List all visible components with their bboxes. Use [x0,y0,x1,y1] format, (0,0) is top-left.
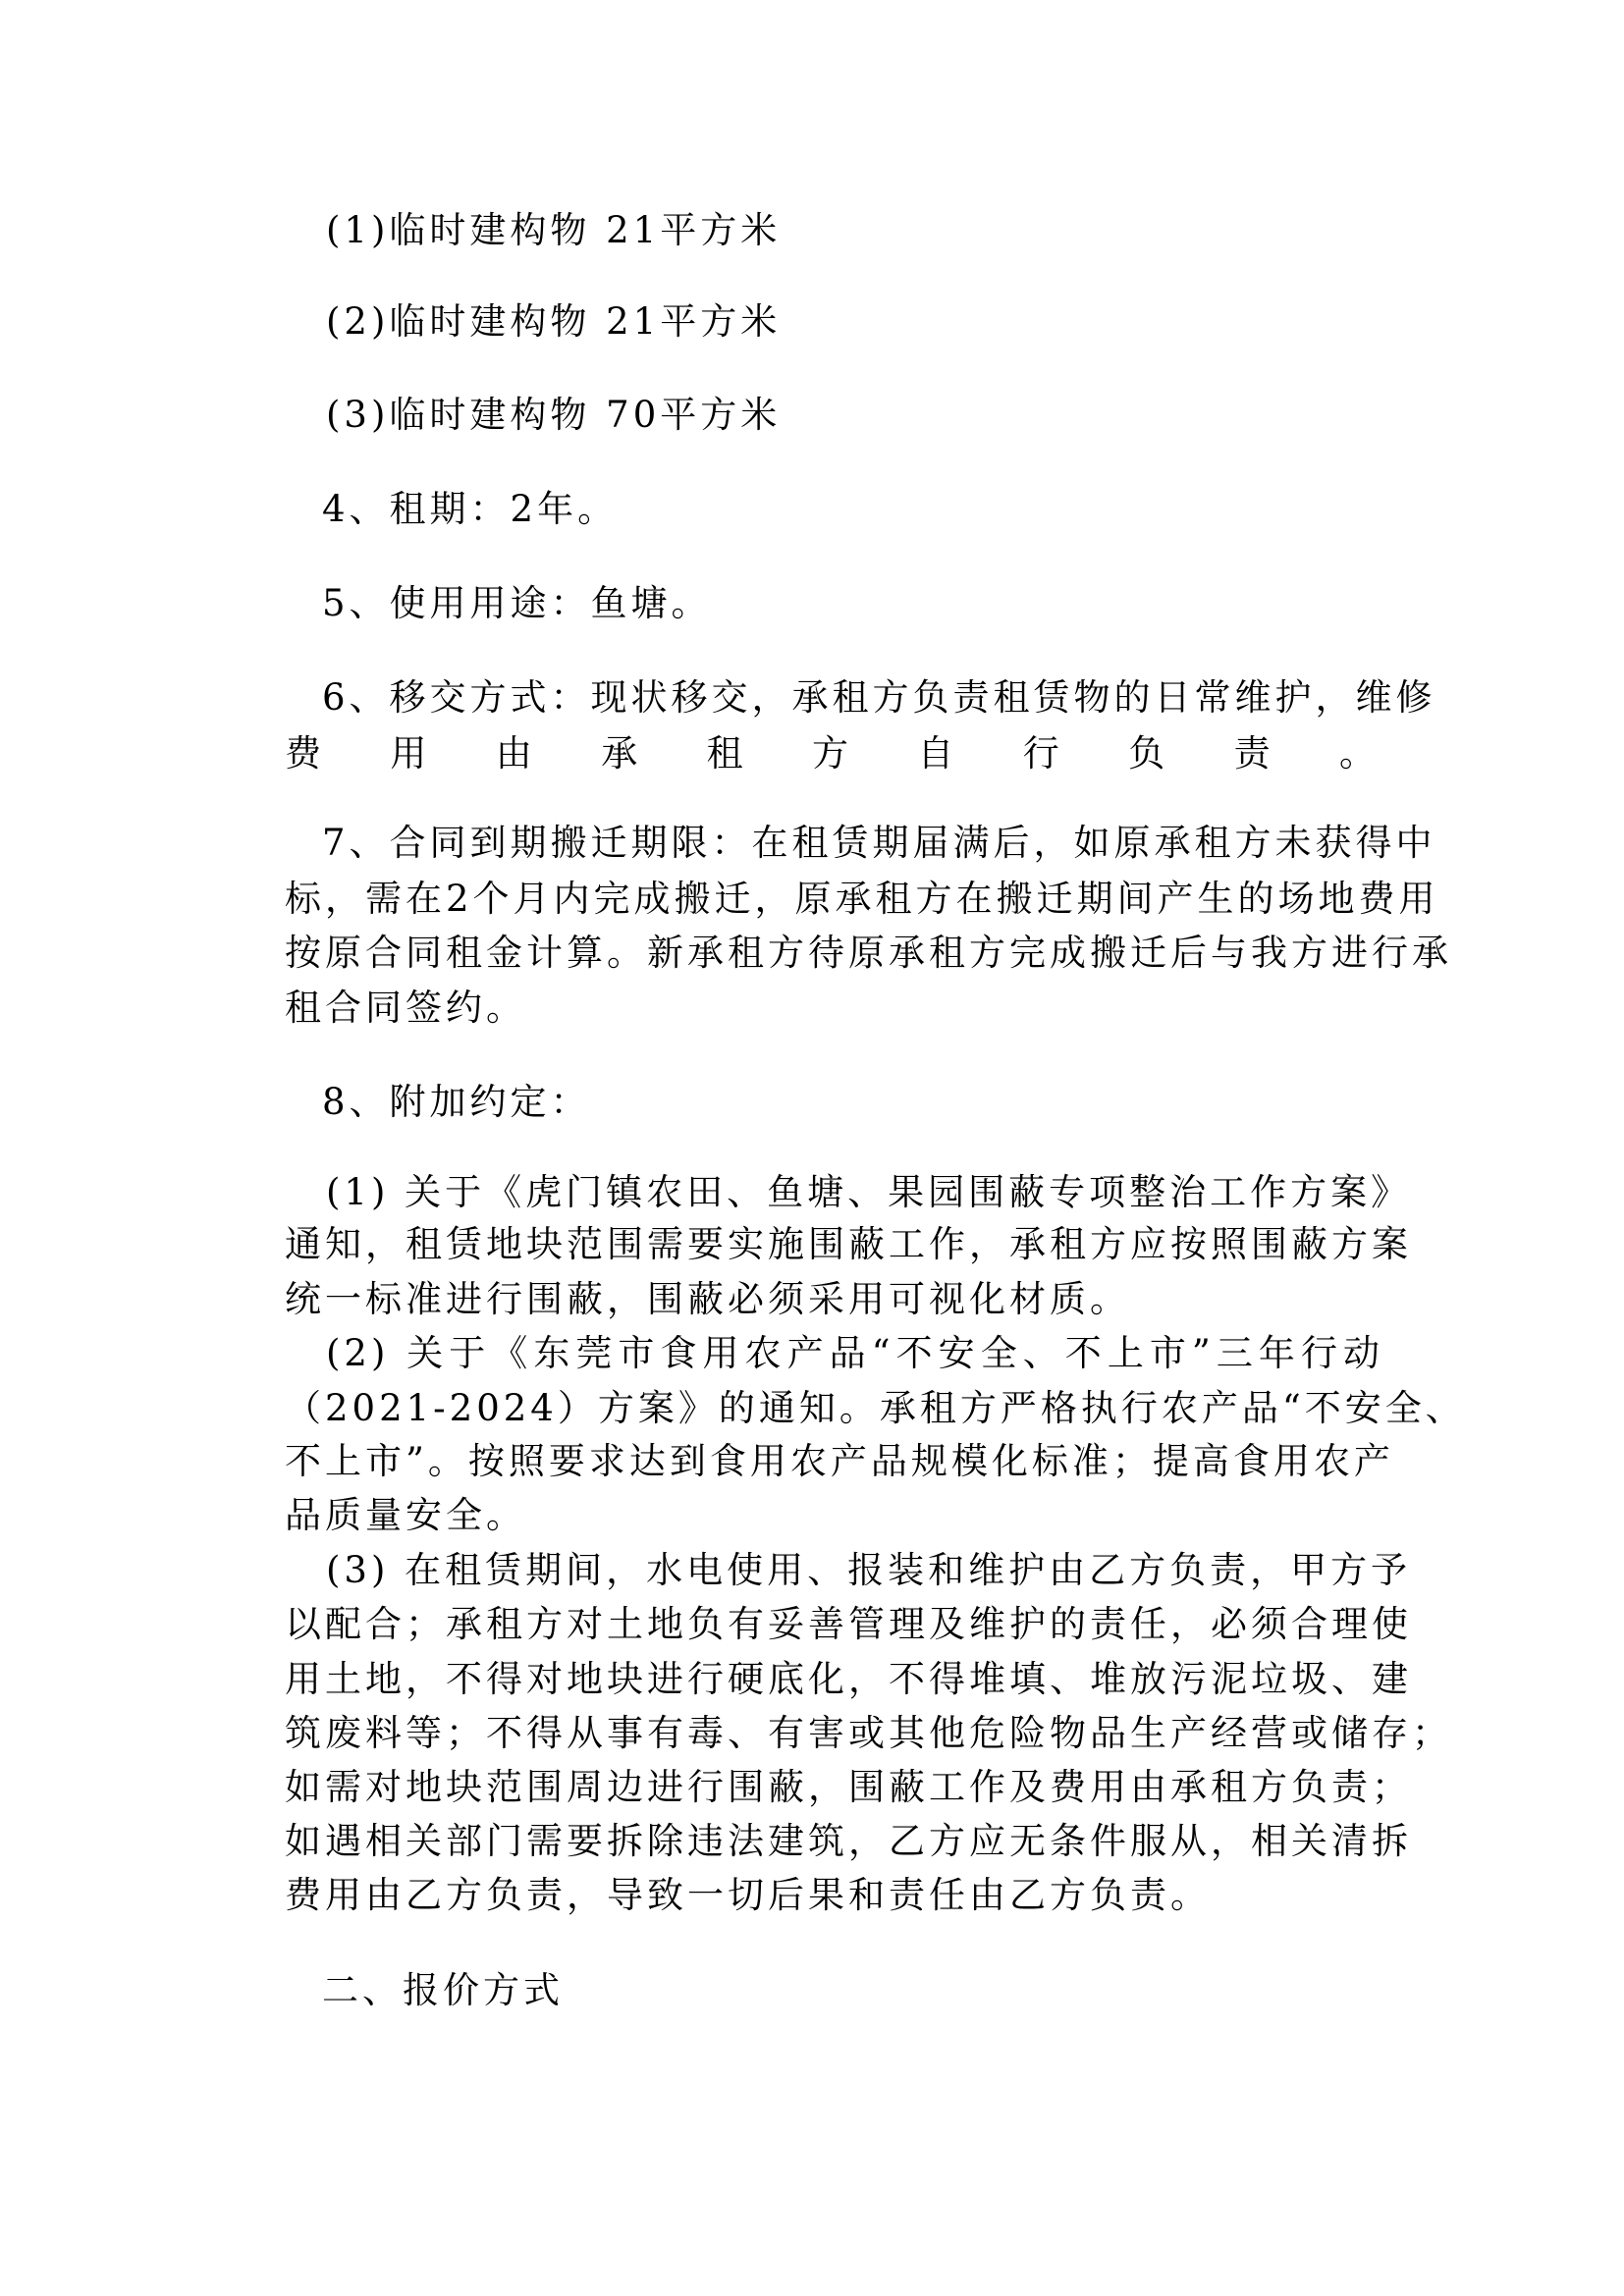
additional-term-2-line-3: 不上市”。按照要求达到食用农产品规模化标准；提高食用农产 [285,1439,1380,1484]
handover-line-2: 费用由承租方自行负责。 [285,731,1380,776]
lease-term: 4、租期：2年。 [322,487,618,532]
section-heading-quotation-method: 二、报价方式 [322,1968,564,2013]
structure-item-1: (1)临时建构物 21平方米 [326,208,781,253]
structure-item-2: (2)临时建构物 21平方米 [326,299,781,345]
usage-purpose: 5、使用用途：鱼塘。 [322,581,712,626]
additional-term-2-line-1: (2) 关于《东莞市食用农产品“不安全、不上市”三年行动 [326,1331,1383,1376]
handover-line-1: 6、移交方式：现状移交，承租方负责租赁物的日常维护，维修 [322,675,1380,721]
additional-term-3-line-5: 如需对地块范围周边进行围蔽，围蔽工作及费用由承租方负责； [285,1765,1380,1810]
additional-term-2-line-2: （2021-2024）方案》的通知。承租方严格执行农产品“不安全、 [285,1386,1380,1431]
additional-term-3-line-1: (3) 在租赁期间，水电使用、报装和维护由乙方负责，甲方予 [326,1548,1383,1593]
additional-term-1-line-1: (1) 关于《虎门镇农田、鱼塘、果园围蔽专项整治工作方案》 [326,1170,1383,1215]
additional-term-2-line-4: 品质量安全。 [285,1493,526,1538]
relocation-line-4: 租合同签约。 [285,986,526,1031]
relocation-line-1: 7、合同到期搬迁期限：在租赁期届满后，如原承租方未获得中 [322,821,1380,866]
additional-term-3-line-2: 以配合；承租方对土地负有妥善管理及维护的责任，必须合理使 [285,1602,1380,1647]
additional-term-3-line-7: 费用由乙方负责，导致一切后果和责任由乙方负责。 [285,1873,1211,1918]
additional-term-1-line-2: 通知，租赁地块范围需要实施围蔽工作，承租方应按照围蔽方案 [285,1222,1380,1267]
additional-term-3-line-4: 筑废料等；不得从事有毒、有害或其他危险物品生产经营或储存； [285,1711,1380,1756]
additional-term-3-line-3: 用土地，不得对地块进行硬底化，不得堆填、堆放污泥垃圾、建 [285,1657,1380,1702]
additional-term-3-line-6: 如遇相关部门需要拆除违法建筑，乙方应无条件服从，相关清拆 [285,1819,1380,1864]
additional-terms-title: 8、附加约定： [322,1080,591,1125]
structure-item-3: (3)临时建构物 70平方米 [326,393,781,438]
additional-term-1-line-3: 统一标准进行围蔽，围蔽必须采用可视化材质。 [285,1277,1130,1322]
relocation-line-2: 标，需在2个月内完成搬迁，原承租方在搬迁期间产生的场地费用 [285,877,1380,922]
relocation-line-3: 按原合同租金计算。新承租方待原承租方完成搬迁后与我方进行承 [285,931,1380,976]
